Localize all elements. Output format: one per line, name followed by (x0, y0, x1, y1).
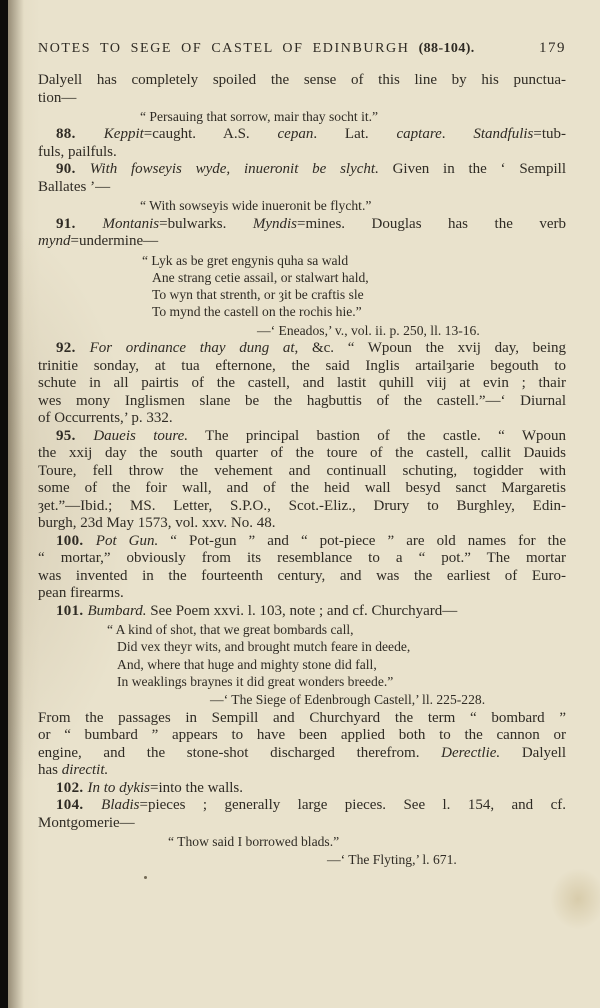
italic-term: Myndis (253, 216, 297, 232)
note-number: 100. (56, 533, 96, 549)
body-text: Dalyell (500, 745, 566, 761)
quotation-block: “ With sowseyis wide inueronit be flycht… (140, 197, 566, 214)
note-paragraph: 92. For ordinance thay dung at, &c. “ Wp… (38, 340, 566, 428)
body-text: wes mony Inglismen slane be the hagbutti… (38, 393, 566, 409)
text-line: of Occurrents,’ p. 332. (38, 410, 566, 428)
quote-line: Did vex theyr wits, and brought mutch fe… (107, 638, 566, 655)
note-paragraph: From the passages in Sempill and Churchy… (38, 710, 566, 780)
note-number: 91. (56, 216, 102, 232)
text-line: 92. For ordinance thay dung at, &c. “ Wp… (38, 340, 566, 358)
quote-line: In weaklings braynes it did great wonder… (107, 673, 566, 690)
body-text: =into the walls. (150, 780, 243, 796)
quotation-block: “ Lyk as be gret engynis quha sa waldAne… (142, 252, 566, 321)
text-line: “ mortar,” obviously from its resemblanc… (38, 550, 566, 568)
quote-line: “ Thow said I borrowed blads.” (168, 833, 566, 850)
body-text: The principal bastion of the castle. “ W… (188, 428, 566, 444)
page-header: NOTES TO SEGE OF CASTEL OF EDINBURGH (88… (38, 40, 566, 57)
body-text: ȝet.”—Ibid.; MS. Letter, S.P.O., Scot.-E… (38, 498, 566, 514)
running-title-text: NOTES TO SEGE OF CASTEL OF EDINBURGH (38, 41, 409, 56)
body-text: burgh, 23d May 1573, vol. xxv. No. 48. (38, 515, 276, 531)
quote-line: “ A kind of shot, that we great bombards… (107, 621, 566, 638)
body-text: some of the foir wall, and of the heid w… (38, 480, 566, 496)
text-line: 88. Keppit=caught. A.S. cepan. Lat. capt… (38, 126, 566, 144)
text-line: Dalyell has completely spoiled the sense… (38, 72, 566, 90)
text-line: pean firearms. (38, 585, 566, 603)
body-text: the xxij day the south quarter of the to… (38, 445, 566, 461)
body-text: of Occurrents,’ p. 332. (38, 410, 173, 426)
text-line: 100. Pot Gun. “ Pot-gun ” and “ pot-piec… (38, 533, 566, 551)
note-paragraph: 101. Bumbard. See Poem xxvi. l. 103, not… (38, 603, 566, 621)
body-text: schute in all pairtis of the castell, an… (38, 375, 566, 391)
note-paragraph: 88. Keppit=caught. A.S. cepan. Lat. capt… (38, 126, 566, 161)
italic-term: Daueis toure. (93, 428, 188, 444)
page-gutter-shadow (8, 0, 24, 1008)
body-text: Ballates ’— (38, 179, 110, 195)
quote-line: To mynd the castell on the rochis hie.” (142, 303, 566, 320)
body-text: Dalyell has completely spoiled the sense… (38, 72, 566, 88)
line-range: (88-104). (419, 41, 475, 56)
italic-term: Bladis (101, 797, 139, 813)
quote-line: And, where that huge and mighty stone di… (107, 656, 566, 673)
body-text: =pieces ; generally large pieces. See l.… (140, 797, 566, 813)
italic-term: Montanis (102, 216, 159, 232)
body-text: =caught. A.S. (144, 126, 278, 142)
body-text: fuls, pailfuls. (38, 144, 117, 160)
italic-term: captare (397, 126, 442, 142)
page-left-edge (0, 0, 8, 1008)
note-number: 92. (56, 340, 90, 356)
note-number: 88. (56, 126, 104, 142)
quotation-block: “ Thow said I borrowed blads.” (168, 833, 566, 850)
quote-line: “ Persauing that sorrow, mair thay socht… (140, 108, 566, 125)
text-line: schute in all pairtis of the castell, an… (38, 375, 566, 393)
body-text: pean firearms. (38, 585, 124, 601)
italic-term: Keppit (104, 126, 144, 142)
note-paragraph: 104. Bladis=pieces ; generally large pie… (38, 797, 566, 832)
italic-term: cepan (278, 126, 314, 142)
body-text: trinitie sonday, at tua efternone, the s… (38, 358, 566, 374)
text-line: tion— (38, 90, 566, 108)
text-line: the xxij day the south quarter of the to… (38, 445, 566, 463)
text-line: or “ bumbard ” appears to have been appl… (38, 727, 566, 745)
body-text: has (38, 762, 62, 778)
text-line: fuls, pailfuls. (38, 144, 566, 162)
body-text: engine, and the stone-shot discharged th… (38, 745, 441, 761)
italic-term: Standfulis (473, 126, 533, 142)
italic-term: mynd (38, 233, 71, 249)
italic-term: With fowseyis wyde, inueronit be slycht. (90, 161, 379, 177)
text-line: Ballates ’— (38, 179, 566, 197)
quote-line: Ane strang cetie assail, or stalwart hal… (142, 269, 566, 286)
body-text: . Lat. (313, 126, 396, 142)
book-page: NOTES TO SEGE OF CASTEL OF EDINBURGH (88… (0, 0, 600, 1008)
body-text: . (442, 126, 474, 142)
body-text: or “ bumbard ” appears to have been appl… (38, 727, 566, 743)
quotation-block: “ Persauing that sorrow, mair thay socht… (140, 108, 566, 125)
text-line: some of the foir wall, and of the heid w… (38, 480, 566, 498)
quote-line: “ Lyk as be gret engynis quha sa wald (142, 252, 566, 269)
paper-stain (550, 868, 600, 930)
running-title: NOTES TO SEGE OF CASTEL OF EDINBURGH (88… (38, 41, 475, 57)
text-line: wes mony Inglismen slane be the hagbutti… (38, 393, 566, 411)
body-text: See Poem xxvi. l. 103, note ; and cf. Ch… (147, 603, 458, 619)
italic-term: In to dykis (88, 780, 150, 796)
body-text: tion— (38, 90, 76, 106)
text-line: Montgomerie— (38, 815, 566, 833)
quote-attribution: —‘ Eneados,’ v., vol. ii. p. 250, ll. 13… (257, 322, 566, 339)
text-line: From the passages in Sempill and Churchy… (38, 710, 566, 728)
italic-term: For ordinance thay dung at (90, 340, 295, 356)
text-line: has directit. (38, 762, 566, 780)
quote-line: To wyn that strenth, or ȝit be craftis s… (142, 286, 566, 303)
note-paragraph: 100. Pot Gun. “ Pot-gun ” and “ pot-piec… (38, 533, 566, 603)
note-paragraph: 102. In to dykis=into the walls. (38, 780, 566, 798)
text-line: 104. Bladis=pieces ; generally large pie… (38, 797, 566, 815)
quote-line: “ With sowseyis wide inueronit be flycht… (140, 197, 566, 214)
body-text: , &c. “ Wpoun the xvij day, being (295, 340, 566, 356)
body-text: =bulwarks. (159, 216, 253, 232)
text-line: mynd=undermine— (38, 233, 566, 251)
note-number: 95. (56, 428, 93, 444)
note-number: 104. (56, 797, 101, 813)
note-paragraph: Dalyell has completely spoiled the sense… (38, 72, 566, 107)
text-line: Toure, fell throw the vehement and conti… (38, 463, 566, 481)
text-line: trinitie sonday, at tua efternone, the s… (38, 358, 566, 376)
text-line: 91. Montanis=bulwarks. Myndis=mines. Dou… (38, 216, 566, 234)
italic-term: directit. (62, 762, 109, 778)
italic-term: Derectlie. (441, 745, 500, 761)
note-paragraph: 95. Daueis toure. The principal bastion … (38, 428, 566, 533)
body-text: From the passages in Sempill and Churchy… (38, 710, 566, 726)
note-number: 101. (56, 603, 88, 619)
body-text: Given in the ‘ Sempill (379, 161, 566, 177)
body-text: Montgomerie— (38, 815, 135, 831)
text-line: 101. Bumbard. See Poem xxvi. l. 103, not… (38, 603, 566, 621)
text-line: engine, and the stone-shot discharged th… (38, 745, 566, 763)
italic-term: Bumbard. (88, 603, 147, 619)
quote-attribution: —‘ The Flyting,’ l. 671. (327, 851, 566, 868)
body-text: “ mortar,” obviously from its resemblanc… (38, 550, 566, 566)
body-text: Toure, fell throw the vehement and conti… (38, 463, 566, 479)
note-number: 90. (56, 161, 90, 177)
text-line: 95. Daueis toure. The principal bastion … (38, 428, 566, 446)
text-line: 102. In to dykis=into the walls. (38, 780, 566, 798)
text-line: ȝet.”—Ibid.; MS. Letter, S.P.O., Scot.-E… (38, 498, 566, 516)
quotation-block: “ A kind of shot, that we great bombards… (107, 621, 566, 690)
text-line: burgh, 23d May 1573, vol. xxv. No. 48. (38, 515, 566, 533)
note-number: 102. (56, 780, 88, 796)
italic-term: Pot Gun. (96, 533, 158, 549)
note-paragraph: 90. With fowseyis wyde, inueronit be sly… (38, 161, 566, 196)
ink-speck (144, 876, 147, 879)
quote-attribution: —‘ The Siege of Edenbrough Castell,’ ll.… (210, 691, 566, 708)
page-content: Dalyell has completely spoiled the sense… (38, 72, 566, 869)
body-text: =undermine— (71, 233, 159, 249)
note-paragraph: 91. Montanis=bulwarks. Myndis=mines. Dou… (38, 216, 566, 251)
body-text: was invented in the fourteenth century, … (38, 568, 566, 584)
text-line: was invented in the fourteenth century, … (38, 568, 566, 586)
text-line: 90. With fowseyis wyde, inueronit be sly… (38, 161, 566, 179)
page-number: 179 (539, 40, 566, 57)
body-text: “ Pot-gun ” and “ pot-piece ” are old na… (158, 533, 566, 549)
body-text: =tub- (533, 126, 566, 142)
body-text: =mines. Douglas has the verb (297, 216, 566, 232)
